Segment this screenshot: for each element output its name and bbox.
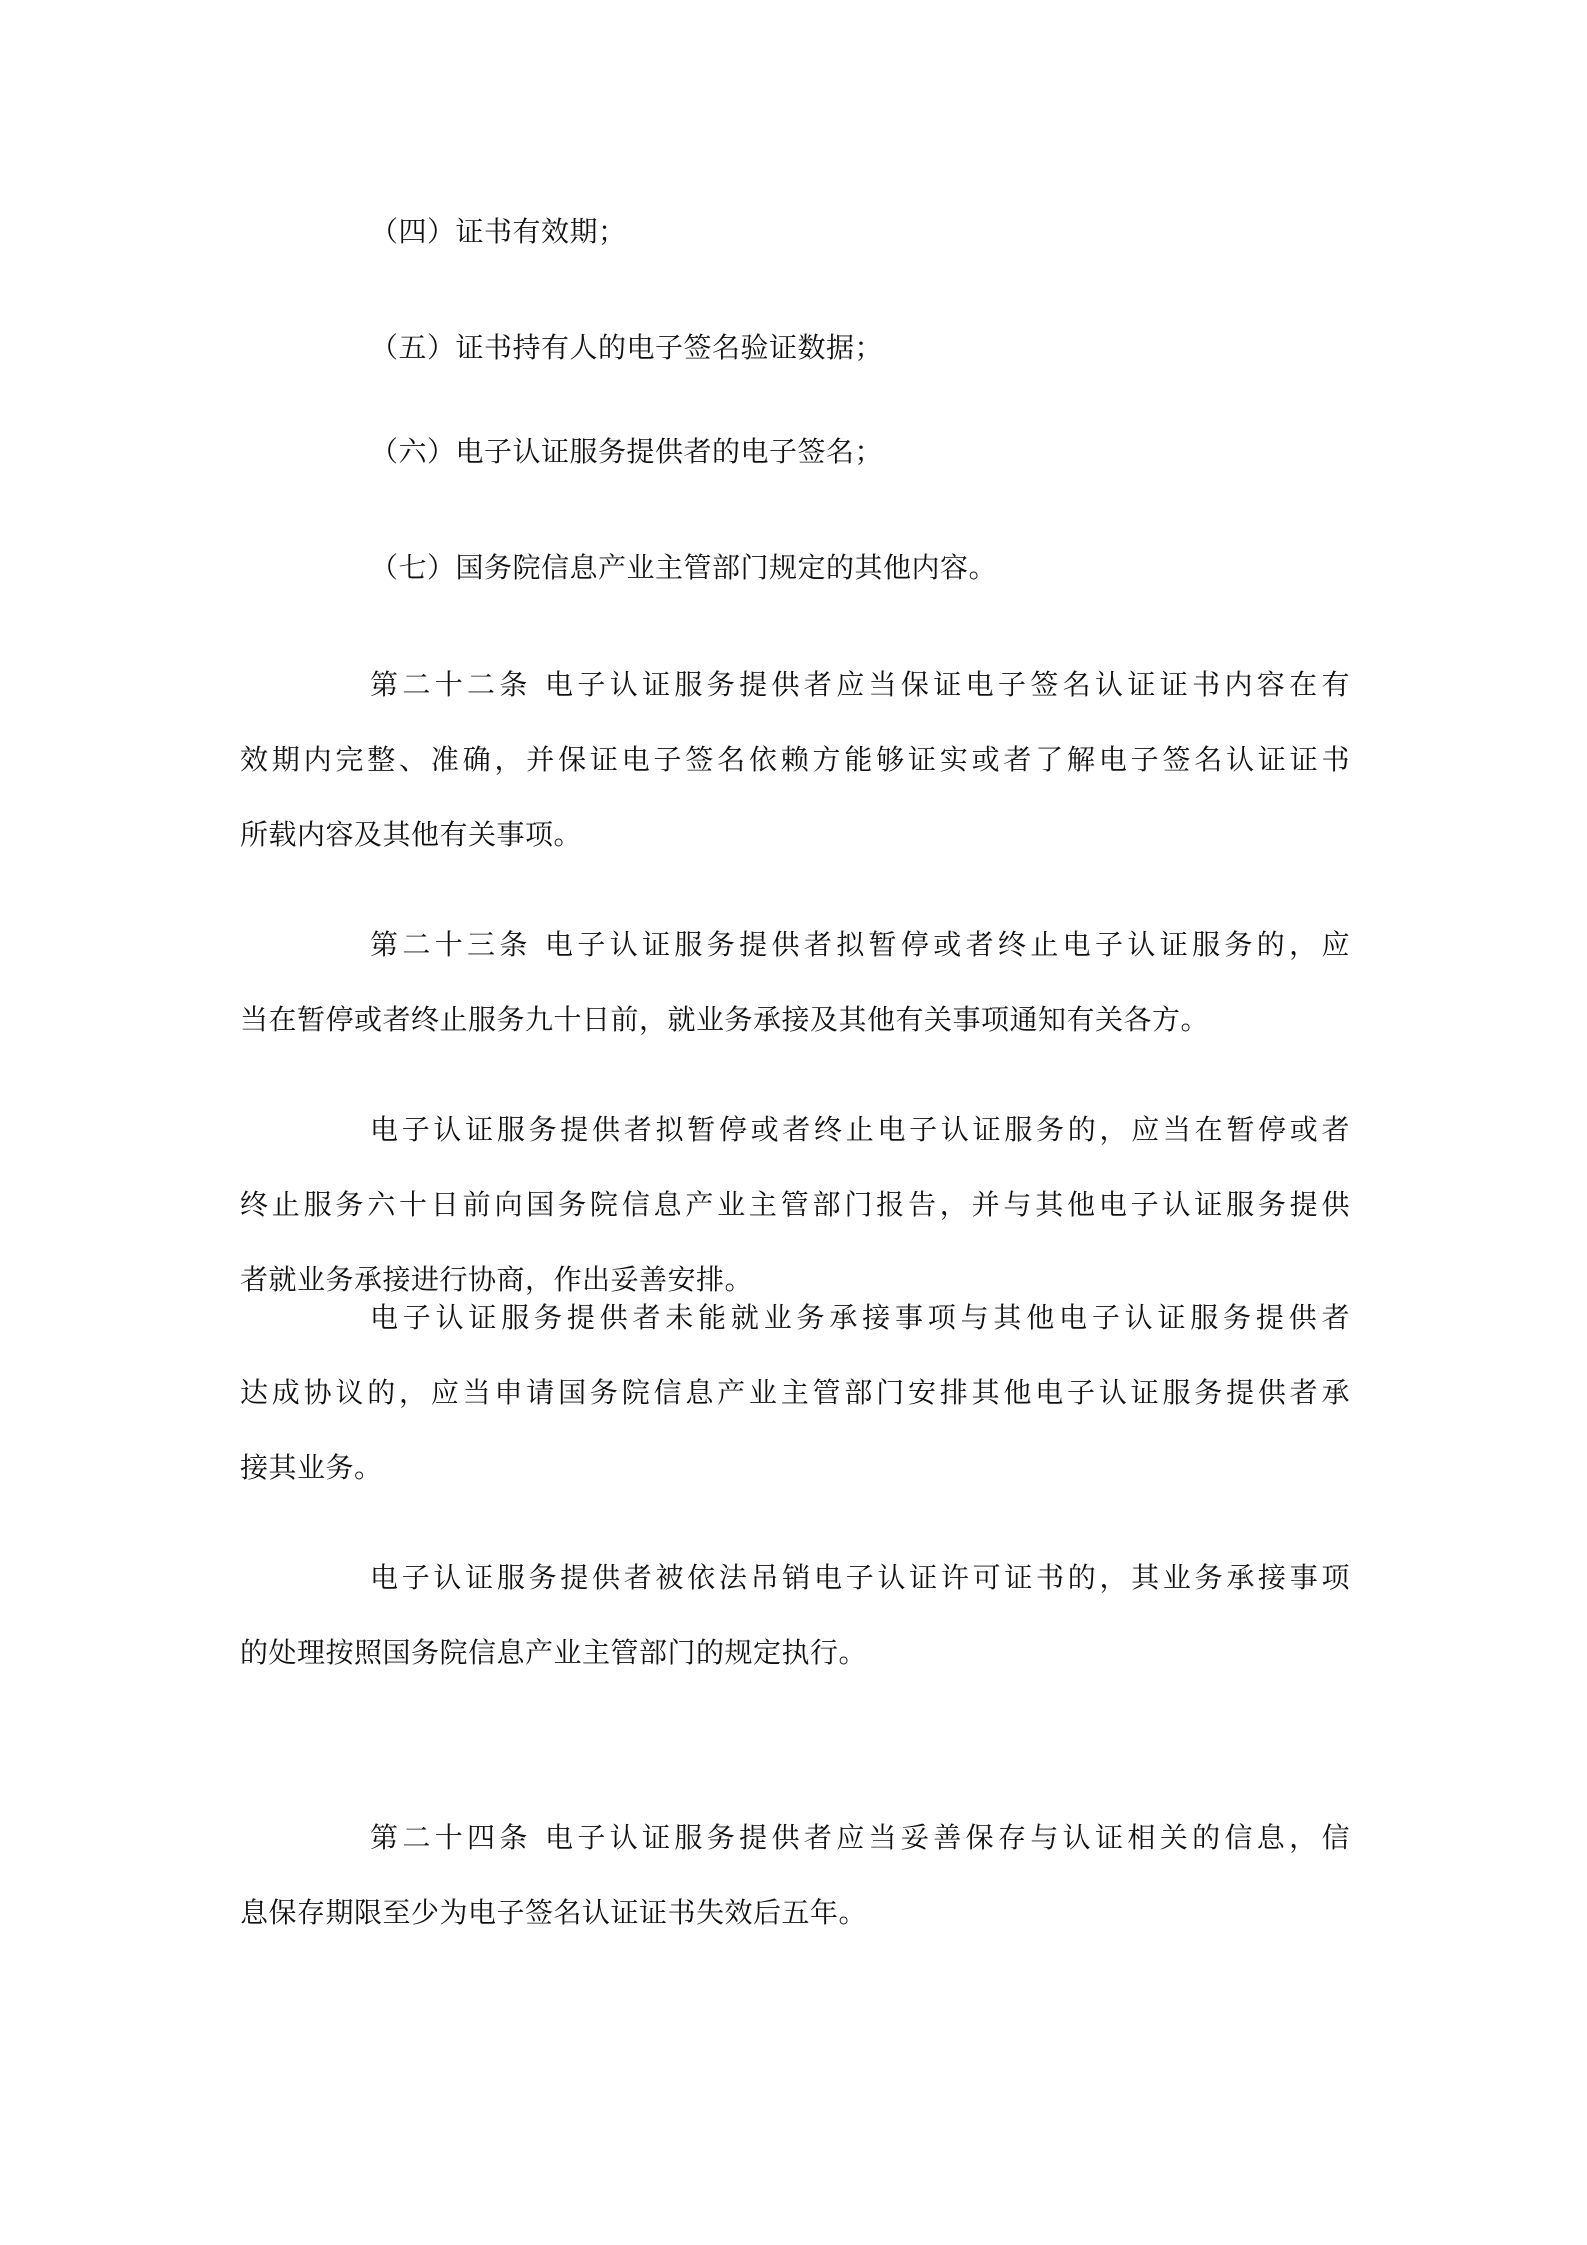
paragraph-line: 第二十三条 电子认证服务提供者拟暂停或者终止电子认证服务的，应 — [370, 927, 1350, 963]
list-item-5: （五）证书持有人的电子签名验证数据； — [370, 330, 1350, 366]
paragraph-line: 接其业务。 — [240, 1450, 1350, 1486]
list-item-6: （六）电子认证服务提供者的电子签名； — [370, 434, 1350, 470]
paragraph-line: 效期内完整、准确，并保证电子签名依赖方能够证实或者了解电子签名认证证书 — [240, 742, 1350, 778]
paragraph-line: 第二十四条 电子认证服务提供者应当妥善保存与认证相关的信息，信 — [370, 1820, 1350, 1856]
paragraph-line: 电子认证服务提供者拟暂停或者终止电子认证服务的，应当在暂停或者 — [370, 1112, 1350, 1148]
paragraph-line: 者就业务承接进行协商，作出妥善安排。 — [240, 1262, 1350, 1298]
paragraph-line: 息保存期限至少为电子签名认证证书失效后五年。 — [240, 1895, 1350, 1931]
paragraph-line: 达成协议的，应当申请国务院信息产业主管部门安排其他电子认证服务提供者承 — [240, 1375, 1350, 1411]
paragraph-line: 的处理按照国务院信息产业主管部门的规定执行。 — [240, 1635, 1350, 1671]
paragraph-line: 第二十二条 电子认证服务提供者应当保证电子签名认证证书内容在有 — [370, 667, 1350, 703]
paragraph-line: 电子认证服务提供者被依法吊销电子认证许可证书的，其业务承接事项 — [370, 1560, 1350, 1596]
list-item-4: （四）证书有效期； — [370, 214, 1350, 250]
paragraph-line: 电子认证服务提供者未能就业务承接事项与其他电子认证服务提供者 — [370, 1300, 1350, 1336]
paragraph-line: 终止服务六十日前向国务院信息产业主管部门报告，并与其他电子认证服务提供 — [240, 1187, 1350, 1223]
paragraph-line: 所载内容及其他有关事项。 — [240, 817, 1350, 853]
document-page: （四）证书有效期； （五）证书持有人的电子签名验证数据； （六）电子认证服务提供… — [0, 0, 1587, 2245]
paragraph-line: 当在暂停或者终止服务九十日前，就业务承接及其他有关事项通知有关各方。 — [240, 1002, 1350, 1038]
list-item-7: （七）国务院信息产业主管部门规定的其他内容。 — [370, 550, 1350, 586]
